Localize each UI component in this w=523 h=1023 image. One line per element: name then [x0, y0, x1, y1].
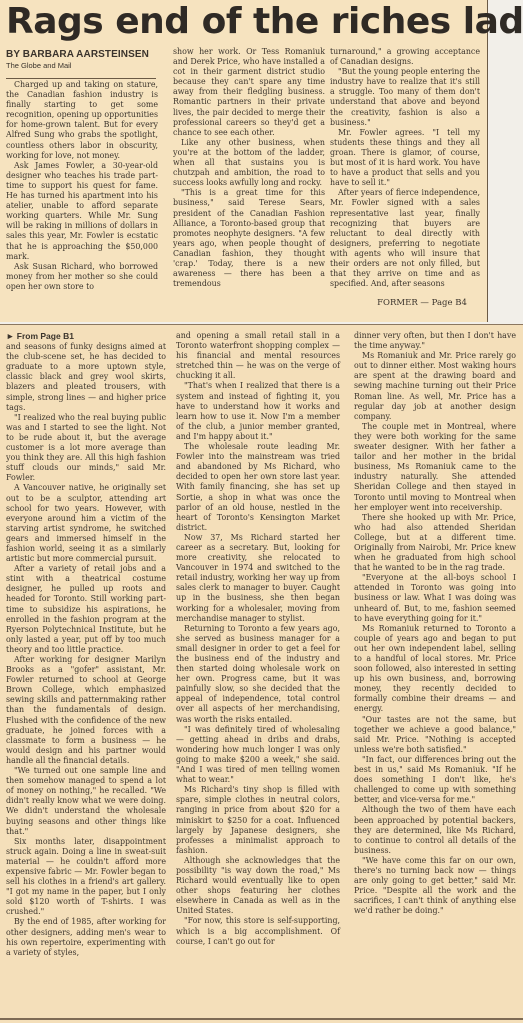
paragraph: By the end of 1985, after working for ot…	[6, 917, 166, 957]
paragraph: Now 37, Ms Richard started her career as…	[176, 533, 340, 624]
bottom-column-3: dinner very often, but then I don't have…	[354, 331, 516, 916]
paragraph: turnaround," a growing acceptance of Can…	[330, 47, 480, 67]
top-column-3: turnaround," a growing acceptance of Can…	[330, 3, 480, 289]
byline-divider	[6, 78, 156, 79]
paragraph: Mr. Fowler agrees. "I tell my students t…	[330, 128, 480, 189]
paragraph: Although the two of them have each been …	[354, 805, 516, 855]
top-column-2: show her work. Or Tess Romaniuk and Dere…	[173, 3, 325, 289]
paragraph: A Vancouver native, he originally set ou…	[6, 483, 166, 564]
paragraph: "In fact, our differences bring out the …	[354, 755, 516, 805]
bottom-column-2: and opening a small retail stall in a To…	[176, 331, 340, 947]
paragraph: "We have come this far on our own, there…	[354, 856, 516, 917]
paragraph: "That's when I realized that there is a …	[176, 381, 340, 442]
paragraph: "But the young people entering the indus…	[330, 67, 480, 128]
bottom-column-1: ► From Page B1 and seasons of funky desi…	[6, 331, 166, 958]
paragraph: The couple met in Montreal, where they w…	[354, 422, 516, 513]
paragraph: After working for designer Marilyn Brook…	[6, 655, 166, 766]
paragraph: Ms Romaniuk and Mr. Price rarely go out …	[354, 351, 516, 422]
paragraph: "I was definitely tired of wholesaling —…	[176, 725, 340, 786]
paragraph: Returning to Toronto a few years ago, sh…	[176, 624, 340, 725]
paragraph: "We turned out one sample line and then …	[6, 766, 166, 837]
paragraph: Charged up and taking on stature, the Ca…	[6, 80, 158, 161]
paragraph: After a variety of retail jobs and a sti…	[6, 564, 166, 655]
paragraph: "For now, this store is self-supporting,…	[176, 916, 340, 946]
paragraph: Ms Romaniuk returned to Toronto a couple…	[354, 624, 516, 715]
paragraph: Ask James Fowler, a 30-year-old designer…	[6, 161, 158, 262]
paragraph: dinner very often, but then I don't have…	[354, 331, 516, 351]
paragraph: Ms Richard's tiny shop is filled with sp…	[176, 785, 340, 856]
top-column-1: Charged up and taking on stature, the Ca…	[6, 80, 158, 292]
byline-publication: The Globe and Mail	[6, 61, 154, 70]
paragraph: The wholesale route leading Mr. Fowler i…	[176, 442, 340, 533]
paragraph: There she hooked up with Mr. Price, who …	[354, 513, 516, 574]
paragraph: Like any other business, when you're at …	[173, 138, 325, 188]
paragraph: and opening a small retail stall in a To…	[176, 331, 340, 381]
paragraph: show her work. Or Tess Romaniuk and Dere…	[173, 47, 325, 138]
paragraph: Although she acknowledges that the possi…	[176, 856, 340, 917]
bottom-edge-rule	[0, 1018, 523, 1020]
paragraph: Six months later, disappointment struck …	[6, 837, 166, 918]
paragraph: "Everyone at the all-boys school I atten…	[354, 573, 516, 623]
paragraph: "This is a great time for this business,…	[173, 188, 325, 289]
paragraph: and seasons of funky designs aimed at th…	[6, 342, 166, 413]
paragraph: Ask Susan Richard, who borrowed money fr…	[6, 262, 158, 292]
paragraph: After years of fierce independence, Mr. …	[330, 188, 480, 289]
paragraph: "I realized who the real buying public w…	[6, 413, 166, 484]
paragraph: "Our tastes are not the same, but togeth…	[354, 715, 516, 755]
byline-author: BY BARBARA AARSTEINSEN	[6, 49, 154, 60]
jump-from-label: ► From Page B1	[6, 331, 166, 341]
byline: BY BARBARA AARSTEINSEN The Globe and Mai…	[6, 49, 154, 70]
article-clipping-top: Rags end of the riches ladder BY BARBARA…	[0, 0, 488, 322]
jump-to-label: FORMER — Page B4	[362, 298, 482, 308]
article-clipping-continued: ► From Page B1 and seasons of funky desi…	[0, 324, 523, 1023]
